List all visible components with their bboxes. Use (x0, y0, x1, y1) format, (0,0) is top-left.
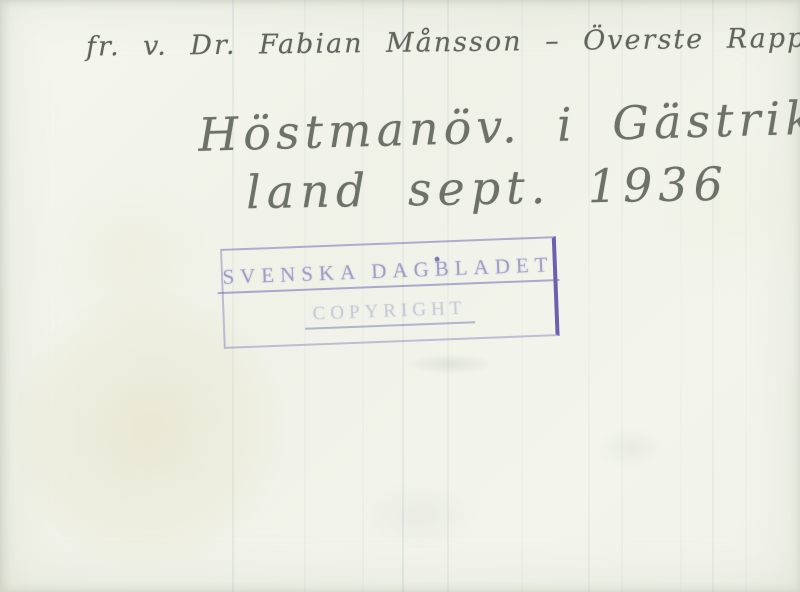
paper-crease (745, 0, 747, 592)
paper-crease (712, 0, 714, 592)
photo-back-paper: fr. v. Dr. Fabian Månsson – Överste Rapp… (0, 0, 800, 592)
paper-stain (46, 170, 216, 340)
paper-crease (588, 0, 590, 592)
paper-stain (630, 110, 800, 310)
handwritten-title-line1: Höstmanöv. i Gästrik- (197, 90, 800, 162)
paper-crease (621, 0, 623, 592)
copyright-stamp: SVENSKA DAGBLADET COPYRIGHT (220, 236, 560, 349)
handwritten-caption: fr. v. Dr. Fabian Månsson – Överste Rapp… (86, 22, 800, 62)
ghost-smudge (405, 354, 495, 374)
stamp-copyright-text: COPYRIGHT (304, 298, 475, 330)
ghost-smudge (360, 480, 480, 550)
ghost-smudge (595, 428, 665, 468)
stamp-publisher-text: SVENSKA DAGBLADET (217, 252, 559, 294)
handwritten-title-line2: land sept. 1936 (246, 157, 730, 219)
paper-crease (680, 0, 682, 592)
